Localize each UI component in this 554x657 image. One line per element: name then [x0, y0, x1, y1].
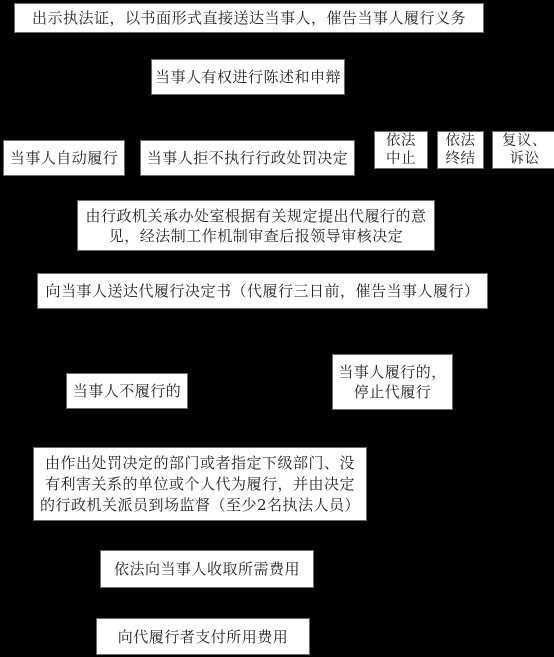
node-substitute-execution: 由作出处罚决定的部门或者指定下级部门、没 有利害关系的单位或个人代为履行，并由决… — [33, 447, 367, 521]
node-not-performed: 当事人不履行的 — [66, 373, 188, 409]
node-performed-stop: 当事人履行的， 停止代履行 — [332, 354, 453, 410]
node-text-line: 见，经法制工作机制审查后报领导审核决定 — [109, 226, 404, 246]
node-text: 当事人自动履行 — [10, 148, 119, 168]
node-right-to-state: 当事人有权进行陈述和申辩 — [151, 59, 345, 95]
node-text: 出示执法证，以书面形式直接送达当事人，催告当事人履行义务 — [32, 8, 466, 28]
node-text-line: 复议、 — [502, 132, 547, 150]
node-propose-substitute: 由行政机关承办处室根据有关规定提出代履行的意 见，经法制工作机制审查后报领导审核… — [77, 200, 435, 251]
node-text-line: 由行政机关承办处室根据有关规定提出代履行的意 — [85, 206, 426, 226]
node-text: 向代履行者支付所用费用 — [118, 627, 289, 647]
node-suspend-by-law: 依法 中止 — [374, 131, 428, 169]
node-text-line: 诉讼 — [510, 150, 540, 168]
node-text: 当事人有权进行陈述和申辩 — [155, 67, 341, 87]
node-text-line: 依法 — [386, 132, 416, 150]
node-voluntary-performance: 当事人自动履行 — [3, 140, 125, 176]
node-review-litigation: 复议、 诉讼 — [492, 131, 554, 169]
node-text: 依法向当事人收取所需费用 — [114, 559, 300, 579]
node-text-line: 的行政机关派员到场监督（至少2名执法人员） — [40, 495, 360, 516]
node-text-line: 终结 — [446, 150, 476, 168]
node-terminate-by-law: 依法 终结 — [437, 131, 484, 169]
node-collect-fees: 依法向当事人收取所需费用 — [100, 550, 314, 588]
node-text-line: 依法 — [446, 132, 476, 150]
node-text: 当事人不履行的 — [73, 381, 182, 401]
node-show-certificate: 出示执法证，以书面形式直接送达当事人，催告当事人履行义务 — [14, 3, 484, 33]
node-text-line: 停止代履行 — [354, 382, 432, 402]
node-pay-substitute: 向代履行者支付所用费用 — [96, 618, 310, 655]
node-refuses-decision: 当事人拒不执行行政处罚决定 — [140, 140, 355, 176]
node-text: 向当事人送达代履行决定书（代履行三日前，催告当事人履行） — [45, 281, 479, 301]
node-text: 当事人拒不执行行政处罚决定 — [147, 148, 349, 168]
node-text-line: 由作出处罚决定的部门或者指定下级部门、没 — [45, 453, 355, 474]
node-text-line: 中止 — [386, 150, 416, 168]
node-text-line: 有利害关系的单位或个人代为履行，并由决定 — [45, 474, 355, 495]
node-text-line: 当事人履行的， — [338, 362, 447, 382]
node-deliver-decision: 向当事人送达代履行决定书（代履行三日前，催告当事人履行） — [37, 273, 488, 309]
